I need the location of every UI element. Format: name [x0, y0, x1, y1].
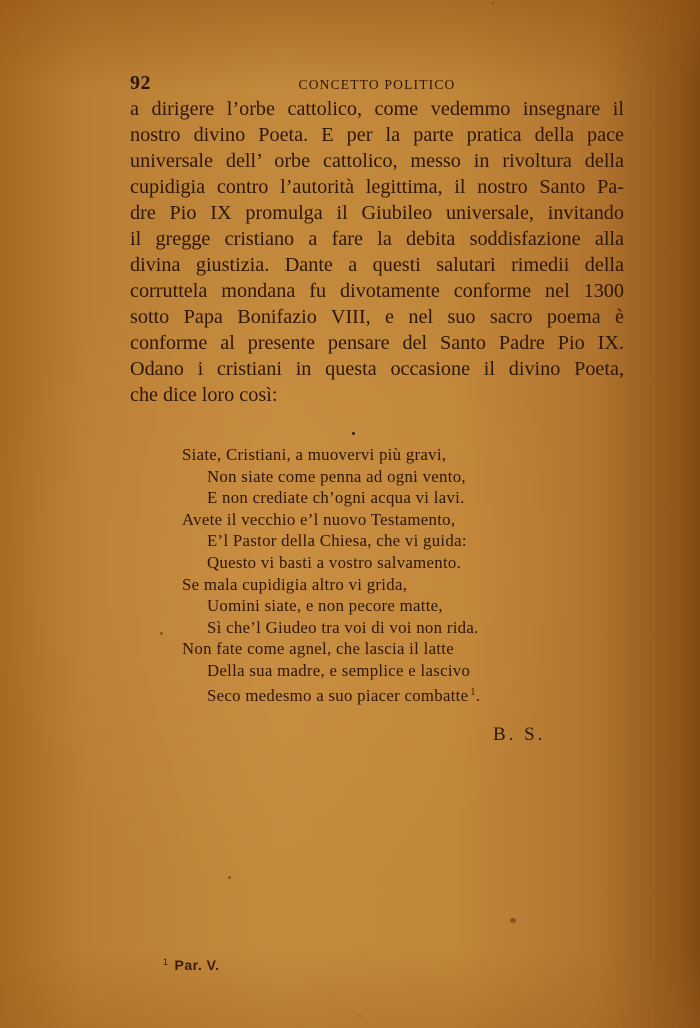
paper-speck	[510, 918, 516, 923]
verse-line-text: Seco medesmo a suo piacer combatte	[207, 686, 468, 705]
footnote: 1Par. V.	[163, 957, 220, 973]
prose-line: Odano i cristiani in questa occasione il…	[130, 356, 624, 382]
page-body: 92 CONCETTO POLITICO a dirigere l’orbe c…	[130, 72, 624, 408]
footnote-text: Par. V.	[175, 957, 220, 973]
verse-line: Della sua madre, e semplice e lascivo	[182, 660, 480, 682]
prose-line: che dice loro così:	[130, 382, 624, 408]
verse-line: E non crediate ch’ogni acqua vi lavi.	[182, 487, 480, 509]
verse-line: Non siate come penna ad ogni vento,	[182, 466, 480, 488]
ornament-dot	[352, 432, 355, 435]
running-head: 92 CONCETTO POLITICO	[130, 72, 624, 96]
footnote-marker: 1	[163, 957, 169, 967]
verse-final-punctuation: .	[476, 686, 481, 705]
verse-line: Avete il vecchio e’l nuovo Testamento,	[182, 509, 480, 531]
verse-quotation: Siate, Cristiani, a muovervi più gravi, …	[182, 444, 480, 706]
author-signature: B. S.	[493, 724, 546, 746]
verse-line: E’l Pastor della Chiesa, che vi guida:	[182, 530, 480, 552]
verse-line: Uomini siate, e non pecore matte,	[182, 595, 480, 617]
prose-line: a dirigere l’orbe cattolico, come vedemm…	[130, 96, 624, 122]
prose-line: dre Pio IX promulga il Giubileo universa…	[130, 200, 624, 226]
running-title: CONCETTO POLITICO	[130, 77, 624, 93]
verse-line: Non fate come agnel, che lascia il latte	[182, 638, 480, 660]
verse-line: Se mala cupidigia altro vi grida,	[182, 574, 480, 596]
prose-line: conforme al presente pensare del Santo P…	[130, 330, 624, 356]
prose-line: il gregge cristiano a fare la debita sod…	[130, 226, 624, 252]
prose-line: cupidigia contro l’autorità legittima, i…	[130, 174, 624, 200]
verse-line: Sì che’l Giudeo tra voi di voi non rida.	[182, 617, 480, 639]
prose-line: divina giustizia. Dante a questi salutar…	[130, 252, 624, 278]
verse-line: Questo vi basti a vostro salvamento.	[182, 552, 480, 574]
prose-line: sotto Papa Bonifazio VIII, e nel suo sac…	[130, 304, 624, 330]
prose-paragraph: a dirigere l’orbe cattolico, come vedemm…	[130, 96, 624, 408]
prose-line: nostro divino Poeta. E per la parte prat…	[130, 122, 624, 148]
prose-line: universale dell’ orbe cattolico, messo i…	[130, 148, 624, 174]
verse-line: Siate, Cristiani, a muovervi più gravi,	[182, 444, 480, 466]
paper-speck	[228, 876, 231, 879]
verse-line-last: Seco medesmo a suo piacer combatte1.	[182, 682, 480, 707]
scanned-book-page: { "header": { "page_number": "92", "runn…	[0, 0, 700, 1028]
paper-speck	[160, 632, 163, 635]
paper-speck	[359, 1015, 361, 1017]
paper-speck	[492, 2, 494, 4]
page-shadow-bottom	[0, 948, 700, 1028]
prose-line: corruttela mondana fu divotamente confor…	[130, 278, 624, 304]
